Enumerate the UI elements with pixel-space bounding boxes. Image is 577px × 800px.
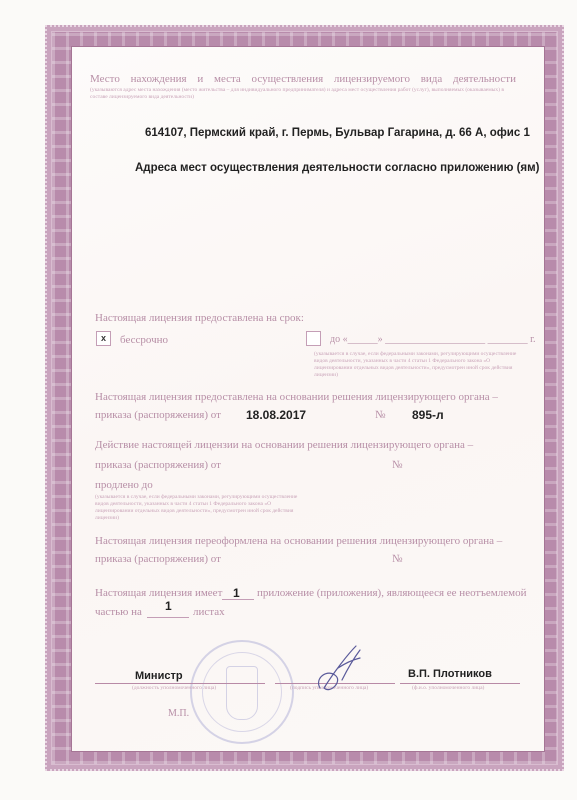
reissued-order-label: приказа (распоряжения) от [95, 553, 221, 565]
appendix-pages-line [147, 617, 189, 618]
reissued-number-label: № [392, 553, 403, 565]
position-line [95, 683, 265, 684]
extended-order-label: приказа (распоряжения) от [95, 459, 221, 471]
extended-heading: Действие настоящей лицензии на основании… [95, 439, 473, 451]
appendix-pages-before: частью на [95, 606, 142, 618]
name-line [400, 683, 520, 684]
granted-order-date: 18.08.2017 [246, 408, 306, 422]
name-note: (ф.и.о. уполномоченного лица) [412, 685, 484, 692]
appendix-pages: 1 [165, 599, 172, 613]
seal-label: М.П. [168, 708, 189, 719]
signatory-position: Министр [135, 670, 183, 682]
appendix-text-before: Настоящая лицензия имеет [95, 587, 222, 599]
indefinite-label: бессрочно [120, 334, 168, 346]
reissued-heading: Настоящая лицензия переоформлена на осно… [95, 535, 502, 547]
position-note: (должность уполномоченного лица) [132, 685, 216, 692]
term-heading: Настоящая лицензия предоставлена на срок… [95, 312, 304, 324]
signature-icon [308, 638, 368, 698]
official-seal [190, 640, 294, 744]
extended-note: (указывается в случае, если федеральными… [95, 494, 310, 522]
granted-number-label: № [375, 409, 386, 421]
granted-heading: Настоящая лицензия предоставлена на осно… [95, 391, 498, 403]
addresses-per-appendix: Адреса мест осуществления деятельности с… [135, 162, 539, 174]
granted-order-label: приказа (распоряжения) от [95, 409, 221, 421]
location-note: (указываются адрес места нахождения (мес… [90, 87, 516, 101]
until-date-field: до «______» ____________________ _______… [330, 334, 536, 345]
signatory-name: В.П. Плотников [408, 668, 492, 680]
coat-of-arms-icon [226, 666, 258, 720]
appendix-text-after: приложение (приложения), являющееся ее н… [257, 587, 527, 599]
indefinite-checkbox[interactable]: x [96, 331, 111, 346]
location-heading: Место нахождения и места осуществления л… [90, 73, 516, 85]
granted-order-number: 895-л [412, 408, 444, 422]
extended-number-label: № [392, 459, 403, 471]
appendix-count: 1 [233, 586, 240, 600]
license-address: 614107, Пермский край, г. Пермь, Бульвар… [145, 127, 530, 139]
appendix-pages-after: листах [193, 606, 225, 618]
extended-until-label: продлено до [95, 479, 153, 491]
until-note: (указывается в случае, если федеральными… [314, 351, 520, 379]
until-checkbox[interactable] [306, 331, 321, 346]
